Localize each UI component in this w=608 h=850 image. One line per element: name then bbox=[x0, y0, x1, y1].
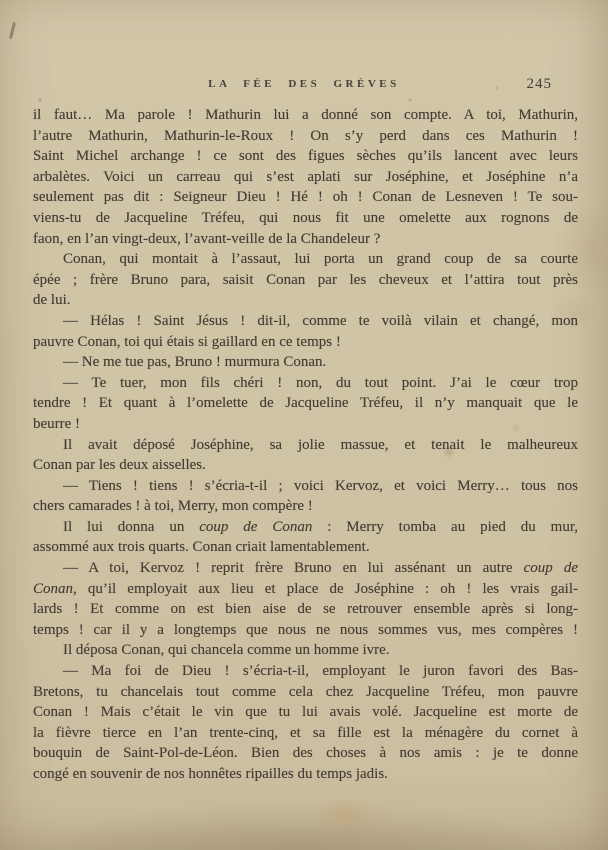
text-segment: Saint Michel archange ! ce sont des figu… bbox=[33, 148, 578, 164]
text-line: Conan, qu’il employait aux lieu et place… bbox=[33, 579, 578, 600]
text-segment: beurre ! bbox=[33, 416, 80, 432]
text-line: arbalètes. Voici un carreau qui s’est ap… bbox=[33, 167, 578, 188]
text-line: viens-tu de Jacqueline Tréfeu, qui nous … bbox=[33, 208, 578, 229]
text-segment: — Tiens ! tiens ! s’écria-t-il ; voici K… bbox=[63, 478, 578, 494]
text-segment: seulement pas dit : Seigneur Dieu ! Hé !… bbox=[33, 189, 578, 205]
text-line: il faut… Ma parole ! Mathurin lui a donn… bbox=[33, 105, 578, 126]
text-segment: l’autre Mathurin, Mathurin-le-Roux ! On … bbox=[33, 128, 578, 144]
text-line: Il avait déposé Joséphine, sa jolie mass… bbox=[33, 435, 578, 456]
italic-text: coup de Conan bbox=[199, 519, 312, 535]
text-segment: lards ! Et comme on est bien aise de se … bbox=[33, 601, 578, 617]
text-segment: pauvre Conan, toi qui étais si gaillard … bbox=[33, 334, 341, 350]
text-line: l’autre Mathurin, Mathurin-le-Roux ! On … bbox=[33, 126, 578, 147]
text-segment: faon, en l’an vingt-deux, l’avant-veille… bbox=[33, 231, 380, 247]
text-segment: — A toi, Kervoz ! reprit frère Bruno en … bbox=[63, 560, 524, 576]
text-segment: tendre ! Et quant à l’omelette de Jacque… bbox=[33, 395, 578, 411]
text-segment: la fièvre tierce en l’an trente-cinq, et… bbox=[33, 725, 578, 741]
text-segment: temps ! car il y a longtemps que nous ne… bbox=[33, 622, 578, 638]
page-number: 245 bbox=[527, 76, 553, 93]
text-segment: bouquin de Saint-Pol-de-Léon. Bien des c… bbox=[33, 745, 578, 761]
text-line: Conan, qui montait à l’assaut, lui porta… bbox=[33, 249, 578, 270]
text-line: — A toi, Kervoz ! reprit frère Bruno en … bbox=[33, 558, 578, 579]
text-line: de lui. bbox=[33, 290, 578, 311]
text-line: tendre ! Et quant à l’omelette de Jacque… bbox=[33, 393, 578, 414]
text-segment: — Te tuer, mon fils chéri ! non, du tout… bbox=[63, 375, 578, 391]
text-line: Il lui donna un coup de Conan : Merry to… bbox=[33, 517, 578, 538]
text-line: bouquin de Saint-Pol-de-Léon. Bien des c… bbox=[33, 743, 578, 764]
text-segment: , qu’il employait aux lieu et place de J… bbox=[73, 581, 578, 597]
text-segment: assommé aux trois quarts. Conan criait l… bbox=[33, 539, 370, 555]
text-segment: il faut… Ma parole ! Mathurin lui a donn… bbox=[33, 107, 578, 123]
text-line: congé en souvenir de nos honnêtes ripail… bbox=[33, 764, 578, 785]
text-line: beurre ! bbox=[33, 414, 578, 435]
text-segment: Conan par les deux aisselles. bbox=[33, 457, 206, 473]
text-line: Bretons, tu chancelais tout comme cela c… bbox=[33, 682, 578, 703]
text-line: chers camarades ! à toi, Merry, mon comp… bbox=[33, 496, 578, 517]
text-line: seulement pas dit : Seigneur Dieu ! Hé !… bbox=[33, 187, 578, 208]
text-segment: Il lui donna un bbox=[63, 519, 199, 535]
text-line: — Ne me tue pas, Bruno ! murmura Conan. bbox=[33, 352, 578, 373]
text-line: Conan par les deux aisselles. bbox=[33, 455, 578, 476]
text-segment: congé en souvenir de nos honnêtes ripail… bbox=[33, 766, 388, 782]
body-text: il faut… Ma parole ! Mathurin lui a donn… bbox=[33, 105, 578, 785]
text-line: pauvre Conan, toi qui étais si gaillard … bbox=[33, 332, 578, 353]
text-segment: : Merry tomba au pied du mur, bbox=[312, 519, 578, 535]
text-segment: arbalètes. Voici un carreau qui s’est ap… bbox=[33, 169, 578, 185]
italic-text: Conan bbox=[33, 581, 73, 597]
text-segment: — Ne me tue pas, Bruno ! murmura Conan. bbox=[63, 354, 326, 370]
text-segment: Bretons, tu chancelais tout comme cela c… bbox=[33, 684, 578, 700]
running-title: LA FÉE DES GRÈVES bbox=[0, 78, 608, 90]
text-line: — Hélas ! Saint Jésus ! dit-il, comme te… bbox=[33, 311, 578, 332]
text-segment: épée ; frère Bruno para, saisit Conan pa… bbox=[33, 272, 578, 288]
text-segment: Il avait déposé Joséphine, sa jolie mass… bbox=[63, 437, 578, 453]
text-segment: — Ma foi de Dieu ! s’écria-t-il, employa… bbox=[63, 663, 578, 679]
book-page: LA FÉE DES GRÈVES 245 il faut… Ma parole… bbox=[0, 0, 608, 850]
text-line: Saint Michel archange ! ce sont des figu… bbox=[33, 146, 578, 167]
text-segment: — Hélas ! Saint Jésus ! dit-il, comme te… bbox=[63, 313, 578, 329]
text-line: Il déposa Conan, qui chancela comme un h… bbox=[33, 640, 578, 661]
text-line: assommé aux trois quarts. Conan criait l… bbox=[33, 537, 578, 558]
text-line: — Tiens ! tiens ! s’écria-t-il ; voici K… bbox=[33, 476, 578, 497]
text-line: faon, en l’an vingt-deux, l’avant-veille… bbox=[33, 229, 578, 250]
text-line: lards ! Et comme on est bien aise de se … bbox=[33, 599, 578, 620]
text-segment: de lui. bbox=[33, 292, 71, 308]
text-line: — Te tuer, mon fils chéri ! non, du tout… bbox=[33, 373, 578, 394]
text-line: Conan ! Mais c’était le vin que tu lui a… bbox=[33, 702, 578, 723]
text-segment: Conan ! Mais c’était le vin que tu lui a… bbox=[33, 704, 578, 720]
running-head: LA FÉE DES GRÈVES 245 bbox=[0, 78, 608, 96]
italic-text: coup de bbox=[524, 560, 578, 576]
text-segment: viens-tu de Jacqueline Tréfeu, qui nous … bbox=[33, 210, 578, 226]
text-line: — Ma foi de Dieu ! s’écria-t-il, employa… bbox=[33, 661, 578, 682]
text-line: temps ! car il y a longtemps que nous ne… bbox=[33, 620, 578, 641]
text-line: épée ; frère Bruno para, saisit Conan pa… bbox=[33, 270, 578, 291]
text-segment: Conan, qui montait à l’assaut, lui porta… bbox=[63, 251, 578, 267]
text-line: la fièvre tierce en l’an trente-cinq, et… bbox=[33, 723, 578, 744]
text-segment: chers camarades ! à toi, Merry, mon comp… bbox=[33, 498, 313, 514]
ink-mark bbox=[9, 22, 16, 39]
text-segment: Il déposa Conan, qui chancela comme un h… bbox=[63, 642, 390, 658]
